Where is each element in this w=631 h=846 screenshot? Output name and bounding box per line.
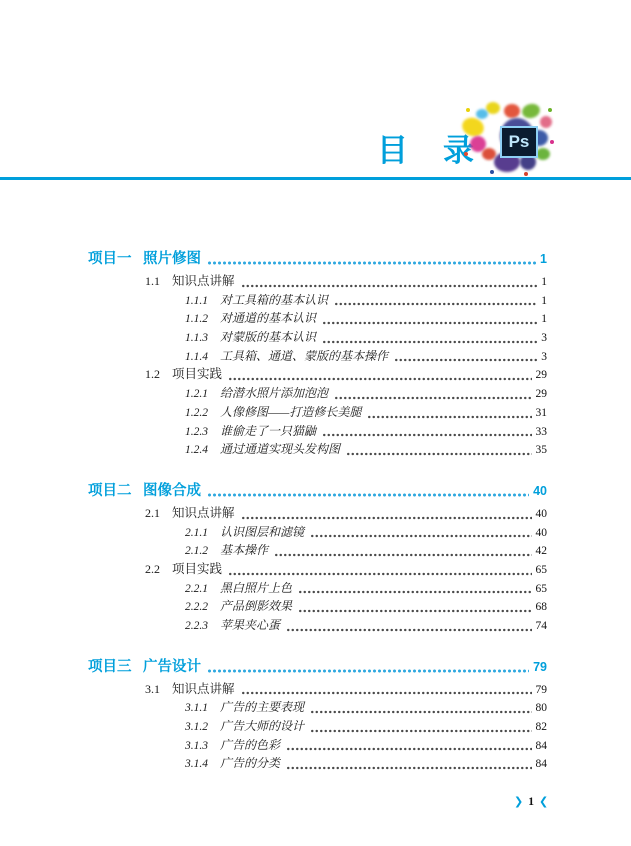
page-number: 84	[536, 737, 548, 756]
item-title: 人像修图——打造修长美腿	[220, 403, 361, 422]
dot-leader	[207, 261, 536, 265]
item-number: 1.2.3	[185, 423, 208, 442]
chapter-label: 项目二	[88, 481, 143, 501]
item-number: 2.2.1	[185, 580, 208, 599]
toc-item-row: 2.2.1 黑白照片上色 65	[88, 579, 547, 598]
toc-section-row: 3.1 知识点讲解 79	[88, 680, 547, 699]
section-number: 1.2	[145, 365, 160, 384]
toc-section-row: 2.2 项目实践 65	[88, 560, 547, 579]
toc-item-row: 3.1.1 广告的主要表现 80	[88, 698, 547, 717]
item-title: 广告的色彩	[220, 736, 280, 755]
dot-leader	[241, 691, 532, 695]
item-title: 广告的主要表现	[220, 698, 304, 717]
dot-leader	[334, 302, 537, 306]
item-number: 1.2.1	[185, 385, 208, 404]
item-number: 2.2.3	[185, 617, 208, 636]
item-number: 1.2.4	[185, 441, 208, 460]
dot-leader	[207, 493, 529, 497]
item-title: 广告大师的设计	[220, 717, 304, 736]
ps-badge-label: Ps	[509, 132, 530, 152]
item-number: 1.1.4	[185, 348, 208, 367]
table-of-contents: 项目一 照片修图 1 1.1 知识点讲解 1 1.1.1 对工具箱的基本认识 1…	[88, 249, 547, 773]
header-divider-rule	[0, 177, 631, 180]
page-number: 1	[541, 273, 547, 292]
toc-item-row: 1.2.4 通过通道实现头发构图 35	[88, 440, 547, 459]
dot-leader	[228, 572, 531, 576]
page-number: 35	[536, 441, 548, 460]
page-number: 79	[536, 681, 548, 700]
item-title: 基本操作	[220, 541, 268, 560]
section-title: 知识点讲解	[172, 680, 235, 699]
dot-leader	[274, 553, 531, 557]
section-number: 1.1	[145, 272, 160, 291]
section-title: 知识点讲解	[172, 504, 235, 523]
item-number: 2.1.1	[185, 524, 208, 543]
item-title: 对通道的基本认识	[220, 309, 316, 328]
page-number: 29	[536, 385, 548, 404]
item-number: 3.1.4	[185, 755, 208, 774]
page-number: 68	[536, 598, 548, 617]
toc-chapter-row: 项目一 照片修图 1	[88, 249, 547, 269]
dot-leader	[286, 747, 531, 751]
dot-leader	[322, 321, 537, 325]
page-footer: ❯ 1 ❮	[514, 796, 548, 808]
toc-item-row: 1.2.1 给潜水照片添加泡泡 29	[88, 384, 547, 403]
dot-leader	[310, 710, 531, 714]
toc-section-row: 1.1 知识点讲解 1	[88, 272, 547, 291]
toc-item-row: 2.1.1 认识图层和滤镜 40	[88, 523, 547, 542]
toc-item-row: 1.1.4 工具箱、通道、蒙版的基本操作 3	[88, 347, 547, 366]
chapter-label: 项目三	[88, 657, 143, 677]
item-number: 2.1.2	[185, 542, 208, 561]
page-number: 1	[541, 310, 547, 329]
item-title: 认识图层和滤镜	[220, 523, 304, 542]
page-number: 40	[536, 524, 548, 543]
chevron-right-icon: ❯	[514, 796, 523, 808]
toc-item-row: 3.1.2 广告大师的设计 82	[88, 717, 547, 736]
toc-item-row: 1.1.2 对通道的基本认识 1	[88, 309, 547, 328]
page-number: 42	[536, 542, 548, 561]
page-number: 3	[541, 348, 547, 367]
toc-page: 目 录 Ps	[0, 0, 631, 846]
dot-leader	[394, 358, 537, 362]
item-number: 1.1.2	[185, 310, 208, 329]
page-number: 82	[536, 718, 548, 737]
item-number: 1.1.1	[185, 292, 208, 311]
toc-item-row: 1.1.3 对蒙版的基本认识 3	[88, 328, 547, 347]
toc-chapter-row: 项目三 广告设计 79	[88, 657, 547, 677]
dot-leader	[367, 415, 531, 419]
item-title: 广告的分类	[220, 754, 280, 773]
page-number: 40	[536, 505, 548, 524]
toc-item-row: 2.2.2 产品倒影效果 68	[88, 597, 547, 616]
section-number: 2.2	[145, 560, 160, 579]
dot-leader	[310, 729, 531, 733]
item-title: 产品倒影效果	[220, 597, 292, 616]
ps-badge: Ps	[500, 126, 538, 158]
dot-leader	[322, 433, 531, 437]
dot-leader	[298, 590, 531, 594]
chapter-title: 图像合成	[143, 481, 201, 501]
page-number: 33	[536, 423, 548, 442]
page-number: 79	[533, 657, 547, 677]
dot-leader	[286, 766, 531, 770]
item-title: 对蒙版的基本认识	[220, 328, 316, 347]
dot-leader	[310, 534, 531, 538]
toc-item-row: 1.2.3 谁偷走了一只猫鼬 33	[88, 422, 547, 441]
page-number: 1	[540, 249, 547, 269]
page-number: 65	[536, 580, 548, 599]
toc-item-row: 2.2.3 苹果夹心蛋 74	[88, 616, 547, 635]
item-number: 2.2.2	[185, 598, 208, 617]
page-number: 31	[536, 404, 548, 423]
item-title: 工具箱、通道、蒙版的基本操作	[220, 347, 388, 366]
section-title: 项目实践	[172, 365, 222, 384]
dot-leader	[298, 609, 531, 613]
item-number: 3.1.2	[185, 718, 208, 737]
item-title: 对工具箱的基本认识	[220, 291, 328, 310]
toc-item-row: 1.2.2 人像修图——打造修长美腿 31	[88, 403, 547, 422]
page-number: 84	[536, 755, 548, 774]
section-title: 知识点讲解	[172, 272, 235, 291]
toc-chapter-row: 项目二 图像合成 40	[88, 481, 547, 501]
page-number: 74	[536, 617, 548, 636]
dot-leader	[241, 516, 532, 520]
chapter-title: 照片修图	[143, 249, 201, 269]
item-title: 通过通道实现头发构图	[220, 440, 340, 459]
item-number: 1.1.3	[185, 329, 208, 348]
toc-section-row: 2.1 知识点讲解 40	[88, 504, 547, 523]
toc-item-row: 2.1.2 基本操作 42	[88, 541, 547, 560]
dot-leader	[322, 340, 537, 344]
item-number: 3.1.3	[185, 737, 208, 756]
footer-page-number: 1	[528, 796, 534, 808]
dot-leader	[228, 377, 531, 381]
item-title: 黑白照片上色	[220, 579, 292, 598]
chevron-left-icon: ❮	[539, 796, 548, 808]
toc-item-row: 3.1.4 广告的分类 84	[88, 754, 547, 773]
item-title: 给潜水照片添加泡泡	[220, 384, 328, 403]
dot-leader	[286, 628, 531, 632]
dot-leader	[346, 452, 531, 456]
toc-section-row: 1.2 项目实践 29	[88, 365, 547, 384]
chapter-label: 项目一	[88, 249, 143, 269]
dot-leader	[207, 669, 529, 673]
photoshop-logo: Ps	[460, 100, 556, 178]
item-number: 1.2.2	[185, 404, 208, 423]
section-title: 项目实践	[172, 560, 222, 579]
chapter-title: 广告设计	[143, 657, 201, 677]
item-title: 谁偷走了一只猫鼬	[220, 422, 316, 441]
item-number: 3.1.1	[185, 699, 208, 718]
section-number: 3.1	[145, 680, 160, 699]
page-number: 3	[541, 329, 547, 348]
dot-leader	[241, 284, 538, 288]
toc-item-row: 3.1.3 广告的色彩 84	[88, 736, 547, 755]
page-number: 1	[541, 292, 547, 311]
page-number: 80	[536, 699, 548, 718]
page-number: 40	[533, 481, 547, 501]
dot-leader	[334, 396, 531, 400]
page-number: 29	[536, 366, 548, 385]
toc-item-row: 1.1.1 对工具箱的基本认识 1	[88, 291, 547, 310]
section-number: 2.1	[145, 504, 160, 523]
item-title: 苹果夹心蛋	[220, 616, 280, 635]
page-number: 65	[536, 561, 548, 580]
